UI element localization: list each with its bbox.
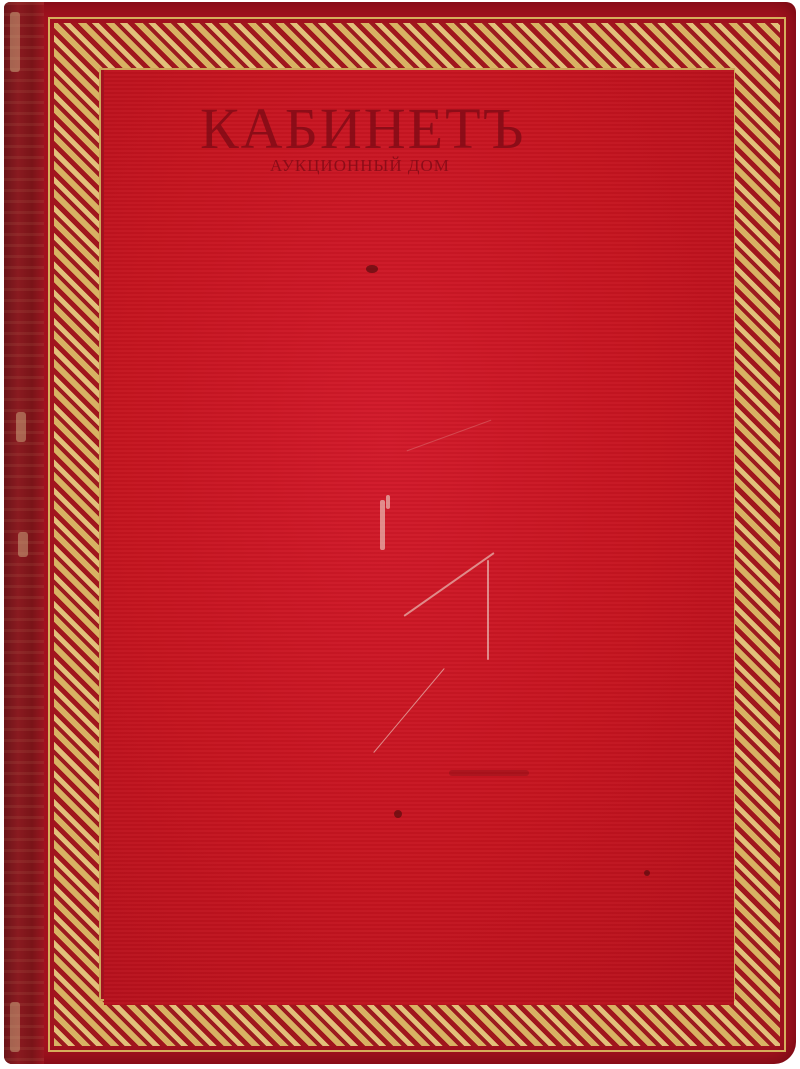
scratch-line (373, 668, 444, 753)
scratch-line (403, 552, 494, 617)
book-cover: КАБИНЕТЪ АУКЦИОННЫЙ ДОМ (4, 2, 796, 1064)
book-spine (4, 2, 44, 1064)
stain-spot (449, 770, 529, 776)
spine-wear (16, 412, 26, 442)
scratch-line (487, 560, 489, 660)
watermark-subtitle: АУКЦИОННЫЙ ДОМ (270, 156, 450, 176)
scuff-mark (386, 495, 390, 509)
stain-spot (394, 810, 402, 818)
watermark-title: КАБИНЕТЪ (200, 100, 525, 158)
scratch-line (407, 420, 492, 452)
scuff-mark (380, 500, 385, 550)
stain-spot (366, 265, 378, 273)
watermark: КАБИНЕТЪ АУКЦИОННЫЙ ДОМ (200, 100, 610, 185)
spine-wear (18, 532, 28, 557)
spine-wear (10, 12, 20, 72)
spine-wear (10, 1002, 20, 1052)
leather-field (104, 70, 734, 1005)
stain-spot (644, 870, 650, 876)
